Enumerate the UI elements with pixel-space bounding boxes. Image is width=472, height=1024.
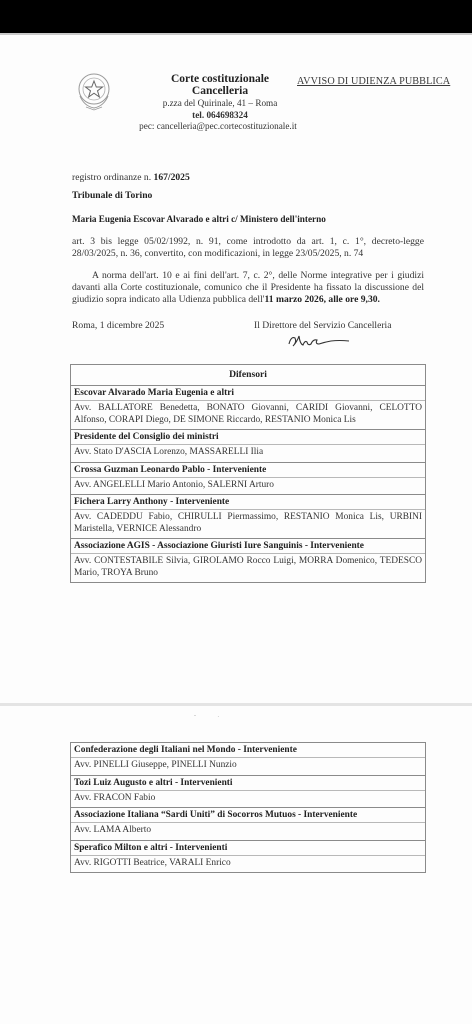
table-row: Fichera Larry Anthony - Interveniente Av… (71, 495, 425, 539)
party-lawyers: Avv. PINELLI Giuseppe, PINELLI Nunzio (71, 758, 425, 776)
case-title: Maria Eugenia Escovar Alvarado e altri c… (72, 214, 326, 224)
party-name: Presidente del Consiglio dei ministri (71, 430, 425, 445)
defenders-table-continued: Confederazione degli Italiani nel Mondo … (70, 742, 426, 873)
party-lawyers: Avv. CONTESTABILE Silvia, GIROLAMO Rocco… (71, 554, 425, 582)
registry-line: registro ordinanze n. 167/2025 (72, 172, 190, 183)
table-row: Crossa Guzman Leonardo Pablo - Interveni… (71, 463, 425, 496)
page-marks: - . (194, 713, 229, 719)
registry-prefix: registro ordinanze n. (72, 172, 154, 183)
party-name: Confederazione degli Italiani nel Mondo … (71, 743, 425, 758)
telephone: tel. 064698324 (135, 110, 305, 122)
defenders-table: Difensori Escovar Alvarado Maria Eugenia… (70, 364, 426, 583)
letterhead: Corte costituzionale Cancelleria p.zza d… (135, 73, 305, 133)
table-row: Tozi Luiz Augusto e altri - Intervenient… (71, 776, 425, 809)
institution-name: Corte costituzionale (135, 73, 305, 85)
party-lawyers: Avv. RIGOTTI Beatrice, VARALI Enrico (71, 856, 425, 873)
place-and-date: Roma, 1 dicembre 2025 (72, 320, 164, 331)
party-name: Associazione Italiana “Sardi Uniti” di S… (71, 808, 425, 823)
party-lawyers: Avv. BALLATORE Benedetta, BONATO Giovann… (71, 401, 425, 430)
party-name: Fichera Larry Anthony - Interveniente (71, 495, 425, 510)
table-row: Associazione Italiana “Sardi Uniti” di S… (71, 808, 425, 841)
party-lawyers: Avv. CADEDDU Fabio, CHIRULLI Piermassimo… (71, 510, 425, 539)
party-name: Tozi Luiz Augusto e altri - Intervenient… (71, 776, 425, 791)
table-row: Sperafico Milton e altri - Intervenienti… (71, 841, 425, 873)
defenders-table-header: Difensori (71, 365, 425, 386)
notice-title: AVVISO DI UDIENZA PUBBLICA (297, 76, 450, 87)
handwritten-signature (285, 330, 355, 352)
party-name: Associazione AGIS - Associazione Giurist… (71, 539, 425, 554)
party-lawyers: Avv. Stato D'ASCIA Lorenzo, MASSARELLI I… (71, 445, 425, 463)
status-bar (0, 0, 472, 33)
hearing-date: 11 marzo 2026, alle ore 9,30. (264, 294, 379, 305)
table-row: Escovar Alvarado Maria Eugenia e altri A… (71, 386, 425, 430)
court-name: Tribunale di Torino (72, 190, 152, 201)
address: p.zza del Quirinale, 41 – Roma (135, 98, 305, 110)
party-name: Crossa Guzman Leonardo Pablo - Interveni… (71, 463, 425, 478)
table-row: Associazione AGIS - Associazione Giurist… (71, 539, 425, 582)
party-lawyers: Avv. LAMA Alberto (71, 823, 425, 841)
registry-number: 167/2025 (154, 172, 190, 183)
italian-republic-emblem-icon (74, 70, 114, 112)
hearing-notice-paragraph: A norma dell'art. 10 e ai fini dell'art.… (72, 270, 424, 306)
table-row: Presidente del Consiglio dei ministri Av… (71, 430, 425, 463)
party-name: Escovar Alvarado Maria Eugenia e altri (71, 386, 425, 401)
party-name: Sperafico Milton e altri - Intervenienti (71, 841, 425, 856)
party-lawyers: Avv. FRACON Fabio (71, 791, 425, 809)
party-lawyers: Avv. ANGELELLI Mario Antonio, SALERNI Ar… (71, 478, 425, 496)
pec-email: pec: cancelleria@pec.cortecostituzionale… (133, 121, 303, 133)
office-name: Cancelleria (135, 85, 305, 98)
case-subject: art. 3 bis legge 05/02/1992, n. 91, come… (72, 236, 424, 260)
table-row: Confederazione degli Italiani nel Mondo … (71, 743, 425, 776)
